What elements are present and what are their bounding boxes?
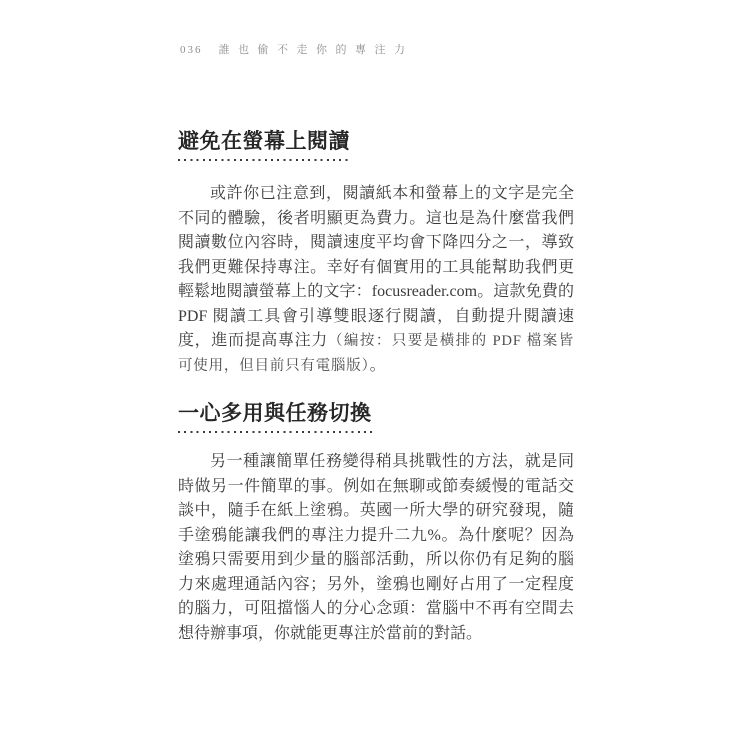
body-paragraph: 另一種讓簡單任務變得稍具挑戰性的方法，就是同時做另一件簡單的事。例如在無聊或節奏… bbox=[178, 450, 574, 646]
page-number: 036 bbox=[180, 44, 203, 56]
section-heading-avoid-screen-reading: 避免在螢幕上閱讀 bbox=[178, 131, 350, 161]
book-page: 036誰也偷不走你的專注力 避免在螢幕上閱讀 或許你已注意到，閱讀紙本和螢幕上的… bbox=[0, 0, 750, 750]
section-heading-multitasking-task-switching: 一心多用與任務切換 bbox=[178, 403, 372, 433]
paragraph-text: 另一種讓簡單任務變得稍具挑戰性的方法，就是同時做另一件簡單的事。例如在無聊或節奏… bbox=[178, 453, 574, 642]
paragraph-end-punctuation: 。 bbox=[370, 357, 386, 374]
body-paragraph: 或許你已注意到，閱讀紙本和螢幕上的文字是完全不同的體驗，後者明顯更為費力。這也是… bbox=[178, 182, 574, 378]
book-title: 誰也偷不走你的專注力 bbox=[219, 44, 414, 56]
paragraph-text: 或許你已注意到，閱讀紙本和螢幕上的文字是完全不同的體驗，後者明顯更為費力。這也是… bbox=[178, 185, 574, 349]
running-header: 036誰也偷不走你的專注力 bbox=[180, 41, 414, 57]
